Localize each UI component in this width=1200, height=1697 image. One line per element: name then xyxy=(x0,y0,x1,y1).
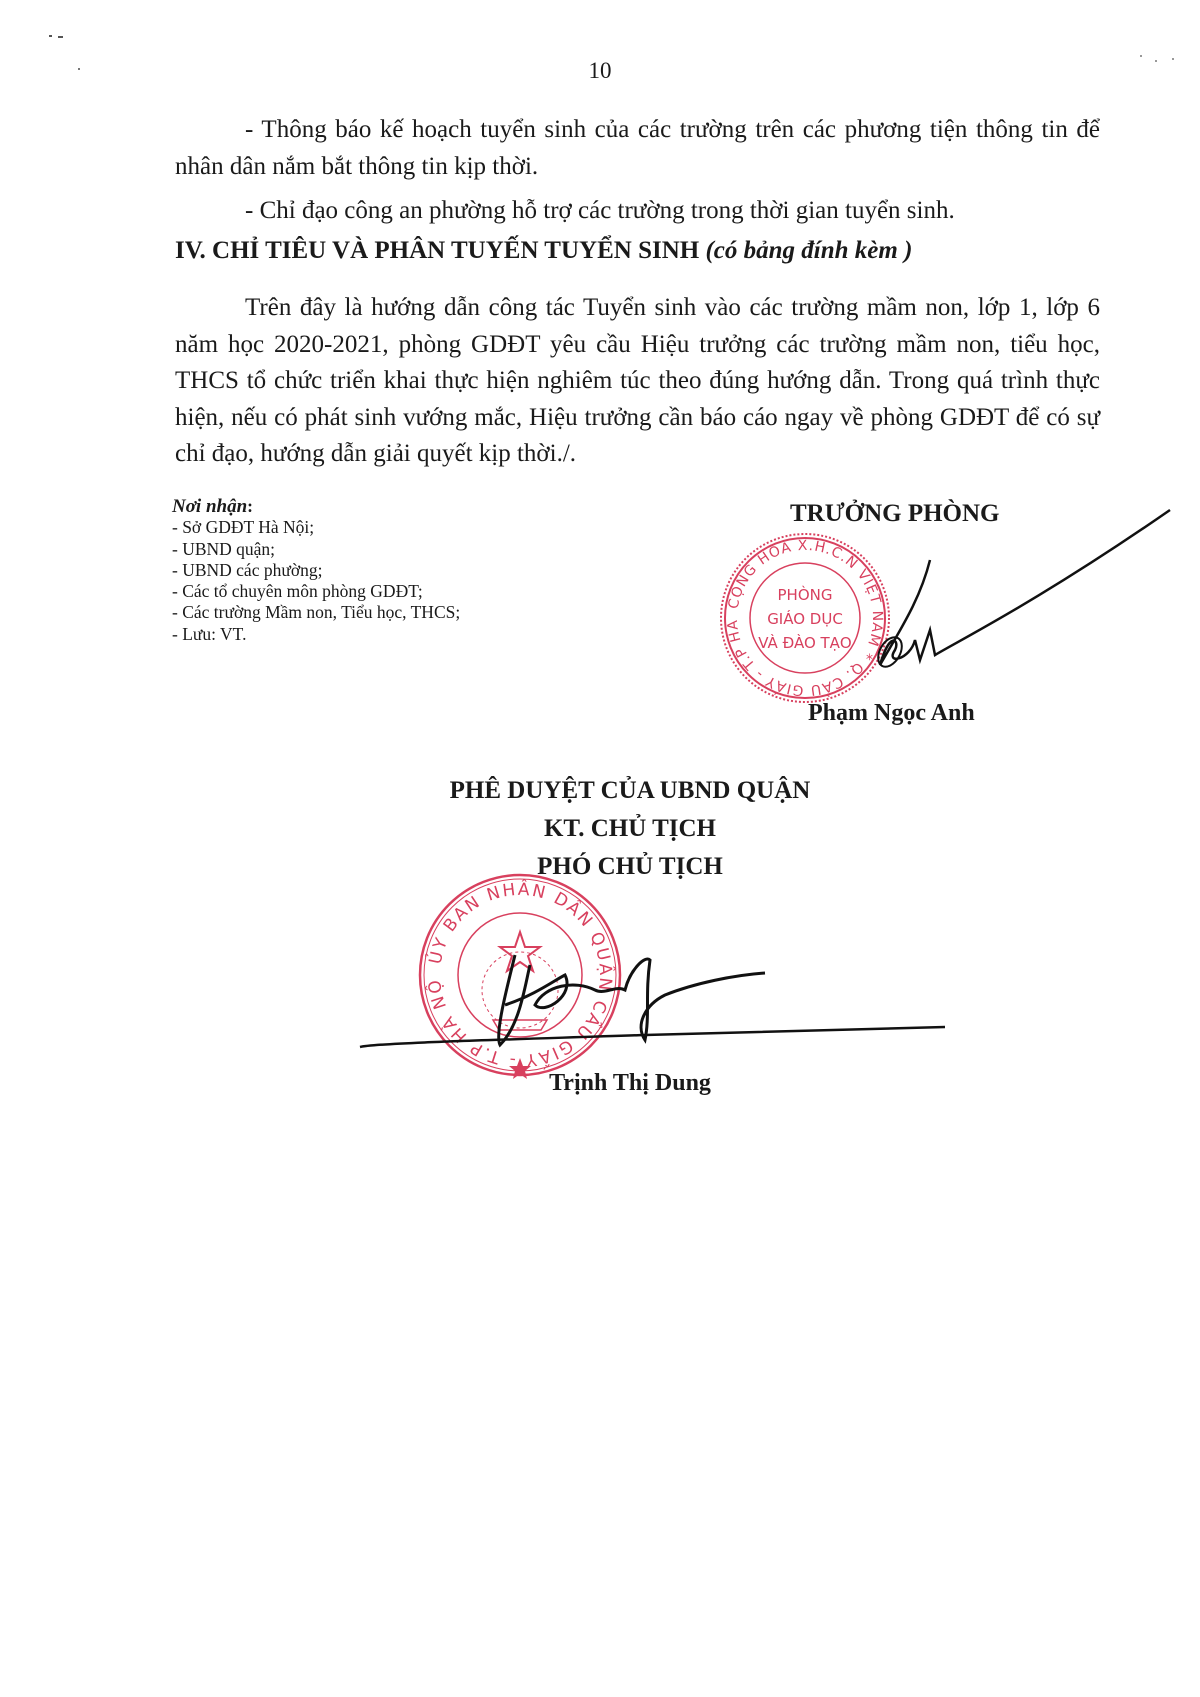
recipient-item: - UBND quận; xyxy=(172,539,460,560)
section-heading-note: (có bảng đính kèm ) xyxy=(705,237,912,264)
paragraph-media-notice: - Thông báo kế hoạch tuyển sinh của các … xyxy=(175,112,1100,185)
approval-line: PHÊ DUYỆT CỦA UBND QUẬN xyxy=(330,772,930,810)
svg-text:GIÁO DỤC: GIÁO DỤC xyxy=(767,609,843,628)
recipient-item: - Sở GDĐT Hà Nội; xyxy=(172,517,460,538)
closing-paragraph: Trên đây là hướng dẫn công tác Tuyển sin… xyxy=(175,290,1100,473)
svg-text:PHÒNG: PHÒNG xyxy=(778,585,833,604)
recipient-item: - Lưu: VT. xyxy=(172,624,460,645)
signer-2-name: Trịnh Thị Dung xyxy=(330,1070,930,1097)
section-heading-title: IV. CHỈ TIÊU VÀ PHÂN TUYẾN TUYỂN SINH xyxy=(175,237,699,264)
svg-text:VÀ ĐÀO TẠO: VÀ ĐÀO TẠO xyxy=(758,633,852,652)
approval-line: KT. CHỦ TỊCH xyxy=(330,810,930,848)
signer-2-signature-icon xyxy=(345,935,945,1075)
paragraph-police-support: - Chỉ đạo công an phường hỗ trợ các trườ… xyxy=(175,193,1100,230)
signer-1-name: Phạm Ngọc Anh xyxy=(808,700,975,727)
signer-1-signature-icon xyxy=(840,490,1180,690)
approval-block: PHÊ DUYỆT CỦA UBND QUẬN KT. CHỦ TỊCH PHÓ… xyxy=(330,772,930,886)
recipients-title: Nơi nhận xyxy=(172,496,247,517)
section-heading: IV. CHỈ TIÊU VÀ PHÂN TUYẾN TUYỂN SINH (c… xyxy=(175,237,912,265)
recipient-item: - Các tổ chuyên môn phòng GDĐT; xyxy=(172,581,460,602)
recipient-item: - UBND các phường; xyxy=(172,560,460,581)
scan-artifact-icon xyxy=(0,0,1200,120)
recipients-block: Nơi nhận: - Sở GDĐT Hà Nội; - UBND quận;… xyxy=(172,496,460,645)
recipient-item: - Các trường Mầm non, Tiểu học, THCS; xyxy=(172,602,460,623)
